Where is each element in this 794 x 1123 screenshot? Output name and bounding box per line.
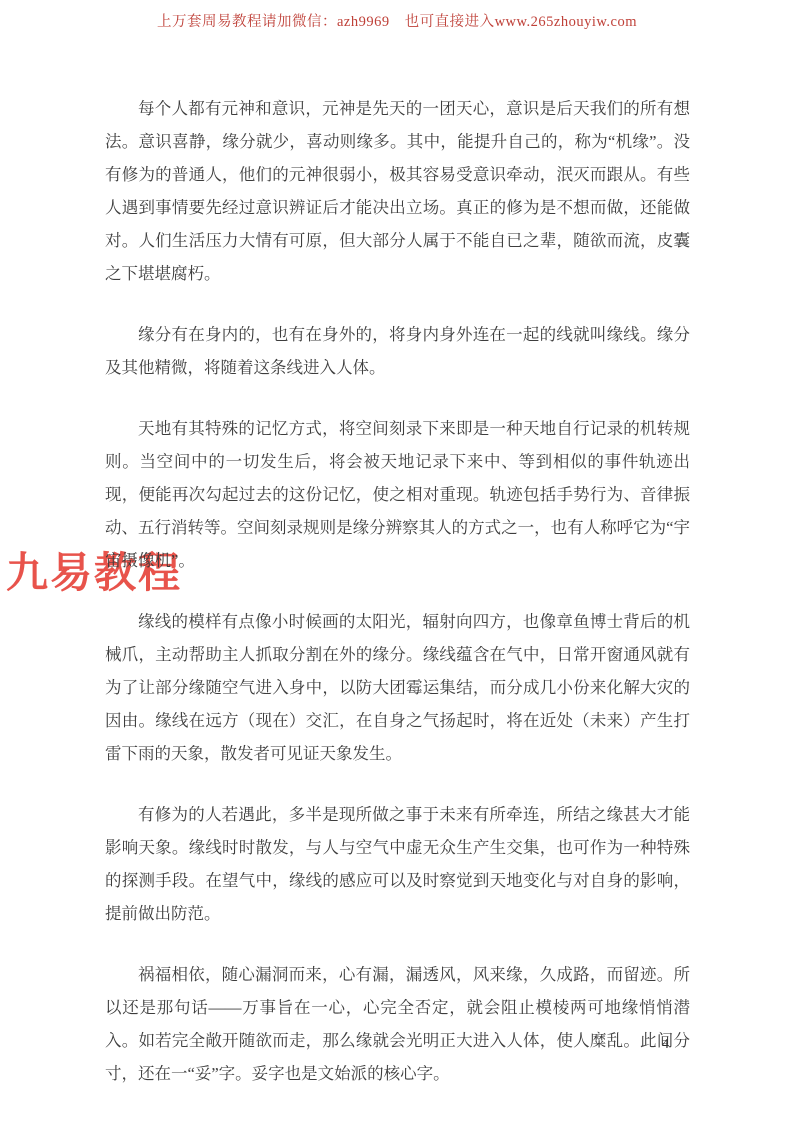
paragraph-3: 天地有其特殊的记忆方式，将空间刻录下来即是一种天地自行记录的机转规则。当空间中的… bbox=[105, 412, 690, 577]
document-body: 每个人都有元神和意识，元神是先天的一团天心，意识是后天我们的所有想法。意识喜静，… bbox=[105, 92, 690, 1118]
page-number: 4 bbox=[662, 1037, 669, 1053]
paragraph-6: 祸福相依，随心漏洞而来，心有漏，漏透风，风来缘，久成路，而留迹。所以还是那句话—… bbox=[105, 958, 690, 1090]
paragraph-1: 每个人都有元神和意识，元神是先天的一团天心，意识是后天我们的所有想法。意识喜静，… bbox=[105, 92, 690, 290]
paragraph-4: 缘线的模样有点像小时候画的太阳光，辐射向四方，也像章鱼博士背后的机械爪，主动帮助… bbox=[105, 605, 690, 770]
document-page: 上万套周易教程请加微信：azh9969 也可直接进入www.265zhouyiw… bbox=[0, 0, 794, 1123]
header-promo-text: 上万套周易教程请加微信：azh9969 也可直接进入www.265zhouyiw… bbox=[0, 10, 794, 31]
paragraph-2: 缘分有在身内的，也有在身外的，将身内身外连在一起的线就叫缘线。缘分及其他精微，将… bbox=[105, 318, 690, 384]
paragraph-5: 有修为的人若遇此，多半是现所做之事于未来有所牵连，所结之缘甚大才能影响天象。缘线… bbox=[105, 798, 690, 930]
